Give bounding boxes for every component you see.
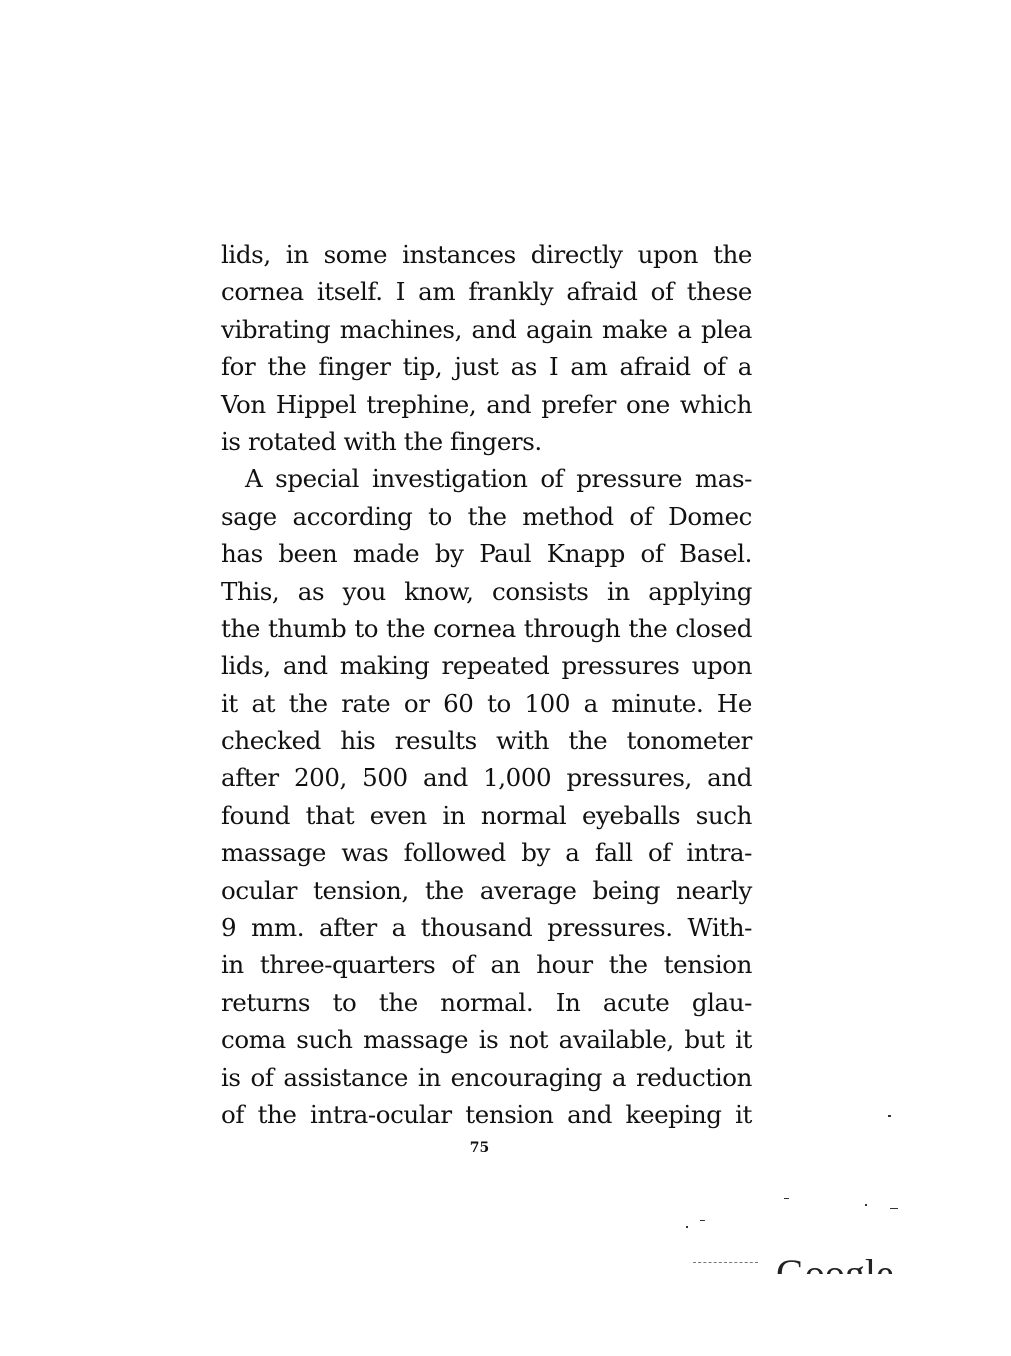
page-number: 75	[0, 1140, 985, 1156]
text-line: cornea itself. I am frankly afraid of th…	[221, 273, 752, 310]
text-line: returns to the normal. In acute glau-	[221, 984, 752, 1021]
text-line: vibrating machines, and again make a ple…	[221, 311, 752, 348]
scanned-book-page: lids, in some instances directly upon th…	[0, 0, 1011, 1356]
text-line: is of assistance in encouraging a reduct…	[221, 1059, 752, 1096]
scan-speck	[890, 1208, 898, 1209]
scan-speck	[888, 1115, 891, 1117]
text-line: Von Hippel trephine, and prefer one whic…	[221, 386, 752, 423]
text-line: it at the rate or 60 to 100 a minute. He	[221, 685, 752, 722]
text-line: found that even in normal eyeballs such	[221, 797, 752, 834]
text-line: in three-quarters of an hour the tension	[221, 946, 752, 983]
text-line: ocular tension, the average being nearly	[221, 872, 752, 909]
scan-speck	[865, 1204, 867, 1206]
text-line: lids, and making repeated pressures upon	[221, 647, 752, 684]
google-watermark: Google	[776, 1248, 894, 1274]
watermark-digitized-by	[693, 1262, 758, 1266]
scan-speck	[784, 1198, 789, 1199]
text-line: massage was followed by a fall of intra-	[221, 834, 752, 871]
text-line: checked his results with the tonometer	[221, 722, 752, 759]
text-line: coma such massage is not available, but …	[221, 1021, 752, 1058]
scan-speck	[686, 1226, 688, 1228]
text-line: is rotated with the fingers.	[221, 423, 752, 460]
text-line: This, as you know, consists in applying	[221, 573, 752, 610]
scan-speck	[700, 1220, 705, 1221]
text-line: 9 mm. after a thousand pressures. With-	[221, 909, 752, 946]
text-line: of the intra-ocular tension and keeping …	[221, 1096, 752, 1133]
text-line: the thumb to the cornea through the clos…	[221, 610, 752, 647]
text-line: has been made by Paul Knapp of Basel.	[221, 535, 752, 572]
text-line: for the finger tip, just as I am afraid …	[221, 348, 752, 385]
body-text: lids, in some instances directly upon th…	[221, 236, 752, 1133]
text-line: lids, in some instances directly upon th…	[221, 236, 752, 273]
text-line: sage according to the method of Domec	[221, 498, 752, 535]
text-line-indented: A special investigation of pressure mas-	[221, 460, 752, 497]
text-line: after 200, 500 and 1,000 pressures, and	[221, 759, 752, 796]
